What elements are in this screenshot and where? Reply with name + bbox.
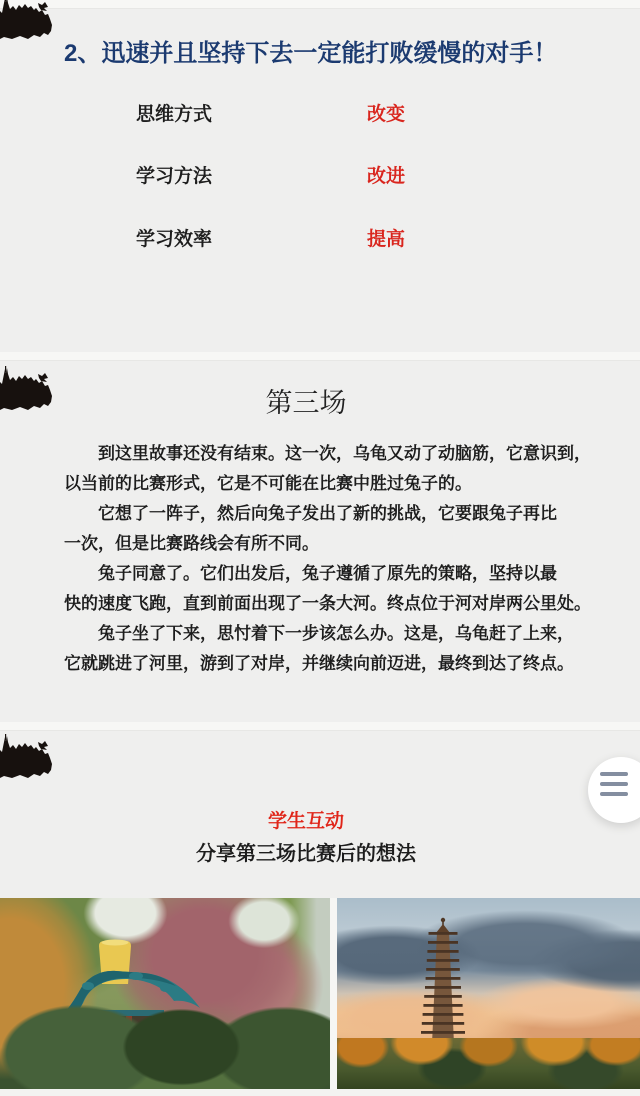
slide1-title: 2、迅速并且坚持下去一定能打败缓慢的对手！ (64, 33, 624, 68)
slide2-title: 第三场 (0, 381, 612, 420)
story-line: 它想了一阵子，然后向兔子发出了新的挑战，它要跟兔子再比 (64, 499, 604, 529)
row-label-efficiency: 学习效率 (136, 224, 336, 251)
story-line: 快的速度飞跑，直到前面出现了一条大河。终点位于河对岸两公里处。 (64, 589, 604, 619)
foreground-bushes-graphic (0, 996, 330, 1089)
story-line: 它就跳进了河里，游到了对岸，并继续向前迈进，最终到达了终点。 (64, 649, 604, 679)
slide-seam-top (0, 0, 640, 9)
slide-seam-3 (0, 722, 640, 731)
story-line: 到这里故事还没有结束。这一次，乌龟又动了动脑筋，它意识到， (64, 439, 604, 469)
slide-seam-2 (0, 352, 640, 361)
pavilion-autumn-photo (0, 898, 330, 1089)
rocky-landscape-silhouette-icon (0, 734, 62, 780)
hamburger-menu-icon (600, 772, 628, 776)
row-value-method: 改进 (367, 161, 487, 188)
story-line: 一次，但是比赛路线会有所不同。 (64, 529, 604, 559)
story-line: 兔子坐了下来，思忖着下一步该怎么办。这是，乌龟赶了上来， (64, 619, 604, 649)
slides-page: 2、迅速并且坚持下去一定能打败缓慢的对手！ 思维方式 改变 学习方法 改进 学习… (0, 0, 640, 1096)
row-value-efficiency: 提高 (367, 224, 487, 251)
row-value-thinking: 改变 (367, 99, 487, 126)
photo-divider (330, 898, 337, 1089)
slide3-subheading: 分享第三场比赛后的想法 (0, 837, 612, 866)
story-line: 以当前的比赛形式，它是不可能在比赛中胜过兔子的。 (64, 469, 604, 499)
story-line: 兔子同意了。它们出发后，兔子遵循了原先的策略，坚持以最 (64, 559, 604, 589)
story-paragraphs: 到这里故事还没有结束。这一次，乌龟又动了动脑筋，它意识到， 以当前的比赛形式，它… (64, 439, 604, 679)
hamburger-menu-icon (600, 782, 628, 786)
rocky-landscape-silhouette-icon (0, 0, 62, 41)
row-label-thinking: 思维方式 (136, 99, 336, 126)
pagoda-sunset-photo (337, 898, 640, 1089)
slide3-heading: 学生互动 (0, 806, 612, 833)
pagoda-graphic (413, 916, 473, 1056)
bottom-slide-edge (0, 1089, 640, 1096)
hamburger-menu-icon (600, 792, 628, 796)
row-label-method: 学习方法 (136, 161, 336, 188)
golden-treeline-graphic (337, 1038, 640, 1089)
